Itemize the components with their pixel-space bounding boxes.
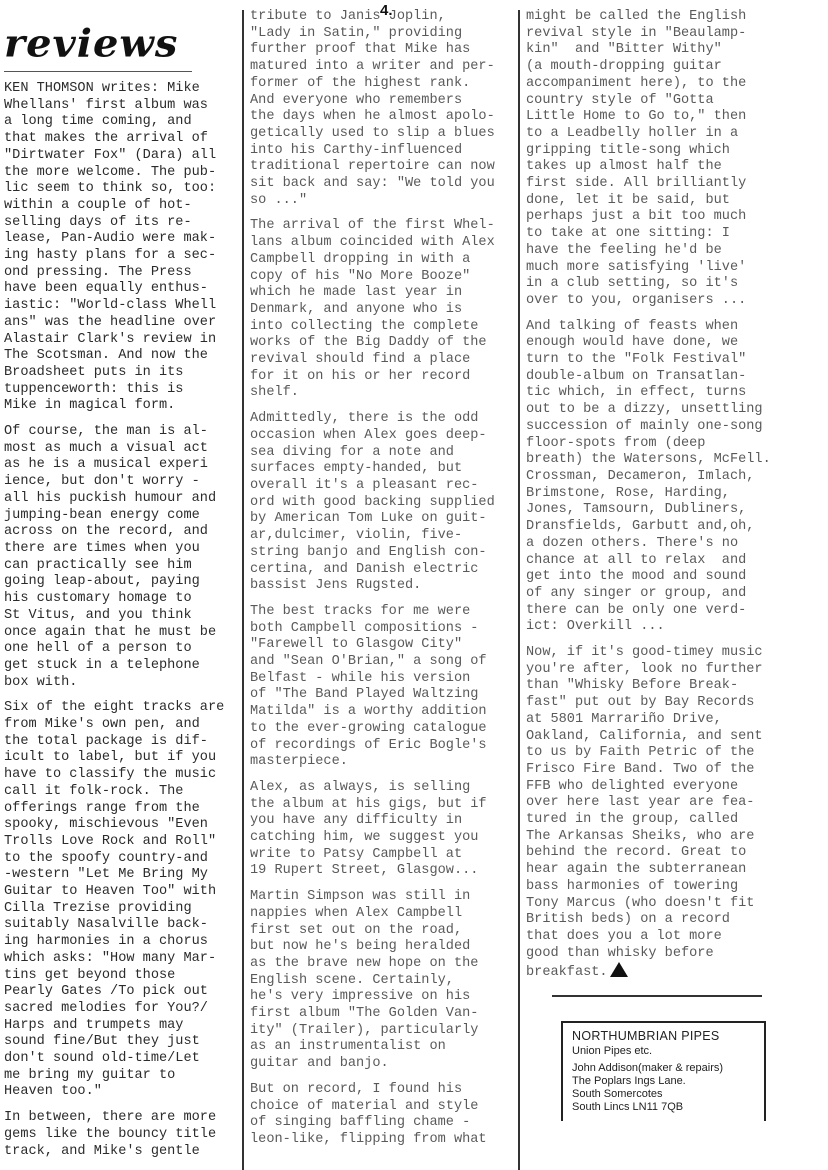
text-line: And everyone who remembers [250,93,518,110]
text-line: there can be only one verd- [526,603,824,620]
text-line: fast" put out by Bay Records [526,695,824,712]
text-line: perhaps just a bit too much [526,209,824,226]
text-line: so ..." [250,193,518,210]
text-line: Admittedly, there is the odd [250,411,518,428]
text-line: ing hasty plans for a sec- [4,248,242,265]
text-line: The best tracks for me were [250,604,518,621]
text-line: shelf. [250,385,518,402]
text-line: lans album coincided with Alex [250,235,518,252]
text-line: copy of his "No More Booze" [250,269,518,286]
text-line: guitar and banjo. [250,1056,518,1073]
text-line: suitably Nasalville back- [4,917,242,934]
text-line: for it on his or her record [250,369,518,386]
text-line: get into the mood and sound [526,569,824,586]
text-line: But on record, I found his [250,1082,518,1099]
text-line: Denmark, and anyone who is [250,302,518,319]
text-line: tured in the group, called [526,812,824,829]
text-line: as an instrumentalist on [250,1039,518,1056]
text-line: the total package is dif- [4,734,242,751]
text-line: takes up almost half the [526,159,824,176]
text-line: you have any difficulty in [250,813,518,830]
text-line: succession of mainly one-song [526,419,824,436]
text-line: one hell of a person to [4,641,242,658]
text-line: most as much a visual act [4,441,242,458]
review-column-3: might be called the Englishrevival style… [526,9,824,991]
text-line: The arrival of the first Whel- [250,218,518,235]
advert-subtitle: Union Pipes etc. [572,1045,756,1058]
text-line: icult to label, but if you [4,750,242,767]
text-line: choice of material and style [250,1099,518,1116]
review-paragraph: In between, there are moregems like the … [4,1110,242,1160]
text-line: further proof that Mike has [250,42,518,59]
text-line: jumping-bean energy come [4,508,242,525]
text-line: Trolls Love Rock and Roll" [4,834,242,851]
text-line: surfaces empty-handed, but [250,461,518,478]
review-paragraph: Now, if it's good-timey musicyou're afte… [526,645,824,982]
text-line: occasion when Alex goes deep- [250,428,518,445]
review-paragraph: tribute to Janis Joplin,"Lady in Satin,"… [250,9,518,209]
text-line: The Arkansas Sheiks, who are [526,829,824,846]
title-underline [4,71,192,72]
text-line: Brimstone, Rose, Harding, [526,486,824,503]
text-line: bassist Jens Rugsted. [250,578,518,595]
text-line: into his Carthy-influenced [250,143,518,160]
text-line: in a club setting, so it's [526,276,824,293]
text-line: call it folk-rock. The [4,784,242,801]
text-line: the album at his gigs, but if [250,797,518,814]
text-line: write to Patsy Campbell at [250,847,518,864]
text-line: a dozen others. There's no [526,536,824,553]
text-line: breakfast. [526,962,824,982]
text-line: offerings range from the [4,801,242,818]
text-line: than "Whisky Before Break- [526,678,824,695]
text-line: over to you, organisers ... [526,293,824,310]
text-line: Broadsheet puts in its [4,365,242,382]
text-line: ond pressing. The Press [4,265,242,282]
text-line: to the ever-growing catalogue [250,721,518,738]
text-line: Harps and trumpets may [4,1018,242,1035]
text-line: Alastair Clark's review in [4,332,242,349]
text-line: and "Sean O'Brian," a song of [250,654,518,671]
text-line: both Campbell compositions - [250,621,518,638]
text-line: bass harmonies of towering [526,879,824,896]
text-line: as he is a musical experi [4,457,242,474]
text-line: St Vitus, and you think [4,608,242,625]
text-line: Six of the eight tracks are [4,700,242,717]
text-line: breath) the Watersons, McFell. [526,452,824,469]
text-line: to take at one sitting: I [526,226,824,243]
text-line: leon-like, flipping from what [250,1132,518,1149]
text-line: have been equally enthus- [4,281,242,298]
text-line: Little Home to Go to," then [526,109,824,126]
text-line: can practically see him [4,558,242,575]
text-line: to a Leadbelly holler in a [526,126,824,143]
text-line: 19 Rupert Street, Glasgow... [250,863,518,880]
text-line: have the feeling he'd be [526,243,824,260]
text-line: Mike in magical form. [4,398,242,415]
text-line: first side. All brilliantly [526,176,824,193]
review-paragraph: Alex, as always, is sellingthe album at … [250,780,518,880]
text-line: ar,dulcimer, violin, five- [250,528,518,545]
text-line: of recordings of Eric Bogle's [250,738,518,755]
text-line: overall it's a pleasant rec- [250,478,518,495]
text-line: "Farewell to Glasgow City" [250,637,518,654]
text-line: going leap-about, paying [4,574,242,591]
text-line: KEN THOMSON writes: Mike [4,81,242,98]
text-line: box with. [4,675,242,692]
text-line: gripping title-song which [526,143,824,160]
text-line: enough would have done, we [526,335,824,352]
advert-line: The Poplars Ings Lane. [572,1075,756,1088]
text-line: spooky, mischievous "Even [4,817,242,834]
text-line: selling days of its re- [4,215,242,232]
text-line: floor-spots from (deep [526,436,824,453]
text-line: over here last year are fea- [526,795,824,812]
text-line: hear again the subterranean [526,862,824,879]
text-line: the more welcome. The pub- [4,165,242,182]
text-line: that makes the arrival of [4,131,242,148]
text-line: The Scotsman. And now the [4,348,242,365]
text-line: kin" and "Bitter Withy" [526,42,824,59]
text-line: have to classify the music [4,767,242,784]
text-line: within a couple of hot- [4,198,242,215]
text-line: Tony Marcus (who doesn't fit [526,896,824,913]
text-line: good than whisky before [526,946,824,963]
text-line: which he made last year in [250,285,518,302]
text-line: get stuck in a telephone [4,658,242,675]
text-line: certina, and Danish electric [250,562,518,579]
review-paragraph: But on record, I found hischoice of mate… [250,1082,518,1149]
text-line: to the spoofy country-and [4,851,242,868]
text-line: ing harmonies in a chorus [4,934,242,951]
text-line: Campbell dropping in with a [250,252,518,269]
end-of-article-triangle-icon [610,962,628,977]
text-line: you're after, look no further [526,662,824,679]
text-line: turn to the "Folk Festival" [526,352,824,369]
review-paragraph: Of course, the man is al-most as much a … [4,424,242,691]
text-line: out to be a dizzy, unsettling [526,402,824,419]
review-paragraph: The best tracks for me wereboth Campbell… [250,604,518,771]
text-line: tribute to Janis Joplin, [250,9,518,26]
text-line: Crossman, Decameron, Imlach, [526,469,824,486]
text-line: to us by Faith Petric of the [526,745,824,762]
text-line: of any singer or group, and [526,586,824,603]
text-line: from Mike's own pen, and [4,717,242,734]
column-divider [518,10,520,1170]
advert-line: South Lincs LN11 7QB [572,1101,756,1114]
text-line: Heaven too." [4,1084,242,1101]
text-line: there are times when you [4,541,242,558]
text-line: traditional repertoire can now [250,159,518,176]
text-line: works of the Big Daddy of the [250,335,518,352]
text-line: of singing baffling chame - [250,1115,518,1132]
text-line: he's very impressive on his [250,989,518,1006]
review-paragraph: Martin Simpson was still innappies when … [250,889,518,1073]
text-line: lease, Pan-Audio were mak- [4,231,242,248]
text-line: behind the record. Great to [526,845,824,862]
text-line: sacred melodies for You?/ [4,1001,242,1018]
text-line: "Lady in Satin," providing [250,26,518,43]
text-line: chance at all to relax and [526,553,824,570]
text-line: Dransfields, Garbutt and,oh, [526,519,824,536]
review-column-1: KEN THOMSON writes: MikeWhellans' first … [4,81,242,1169]
text-line: lic seem to think so, too: [4,181,242,198]
text-line: nappies when Alex Campbell [250,906,518,923]
text-line: me bring my guitar to [4,1068,242,1085]
text-line: And talking of feasts when [526,319,824,336]
text-line: first album "The Golden Van- [250,1006,518,1023]
review-paragraph: The arrival of the first Whel-lans album… [250,218,518,402]
text-line: double-album on Transatlan- [526,369,824,386]
advert-line: South Somercotes [572,1088,756,1101]
text-line: Martin Simpson was still in [250,889,518,906]
text-line: tuppenceworth: this is [4,382,242,399]
text-line: Matilda" is a worthy addition [250,704,518,721]
text-line: across on the record, and [4,524,242,541]
text-line: country style of "Gotta [526,93,824,110]
article-end-rule [552,995,762,997]
text-line: but now he's being heralded [250,939,518,956]
text-line: string banjo and English con- [250,545,518,562]
text-line: as the brave new hope on the [250,956,518,973]
text-line: iastic: "World-class Whell [4,298,242,315]
review-paragraph: Six of the eight tracks arefrom Mike's o… [4,700,242,1101]
text-line: ity" (Trailer), particularly [250,1023,518,1040]
text-line: ict: Overkill ... [526,619,824,636]
text-line: Cilla Trezise providing [4,901,242,918]
text-line: track, and Mike's gentle [4,1144,242,1161]
review-paragraph: Admittedly, there is the oddoccasion whe… [250,411,518,595]
text-line: a long time coming, and [4,114,242,131]
text-line: In between, there are more [4,1110,242,1127]
review-paragraph: might be called the Englishrevival style… [526,9,824,310]
text-line: Belfast - while his version [250,671,518,688]
text-line: tins get beyond those [4,968,242,985]
advert-title: NORTHUMBRIAN PIPES [572,1029,756,1043]
text-line: sit back and say: "We told you [250,176,518,193]
text-line: gems like the bouncy title [4,1127,242,1144]
advert-line: John Addison(maker & repairs) [572,1062,756,1075]
text-line: tic which, in effect, turns [526,385,824,402]
text-line: (a mouth-dropping guitar [526,59,824,76]
text-line: ans" was the headline over [4,315,242,332]
text-line: at 5801 Marrariño Drive, [526,712,824,729]
text-line: getically used to slip a blues [250,126,518,143]
review-paragraph: And talking of feasts whenenough would h… [526,319,824,636]
text-line: revival should find a place [250,352,518,369]
text-line: done, let it be said, but [526,193,824,210]
text-line: sound fine/But they just [4,1034,242,1051]
text-line: which asks: "How many Mar- [4,951,242,968]
text-line: British beds) on a record [526,912,824,929]
text-line: that does you a lot more [526,929,824,946]
text-line: Now, if it's good-timey music [526,645,824,662]
text-line: Alex, as always, is selling [250,780,518,797]
text-line: Jones, Tamsourn, Dubliners, [526,502,824,519]
column-divider [242,10,244,1170]
text-line: English scene. Certainly, [250,973,518,990]
text-line: Oakland, California, and sent [526,729,824,746]
text-line: revival style in "Beaulamp- [526,26,824,43]
text-line: once again that he must be [4,625,242,642]
text-line: Of course, the man is al- [4,424,242,441]
text-line: masterpiece. [250,754,518,771]
text-line: all his puckish humour and [4,491,242,508]
text-line: accompaniment here), to the [526,76,824,93]
text-line: into collecting the complete [250,319,518,336]
review-column-2: tribute to Janis Joplin,"Lady in Satin,"… [250,9,518,1158]
text-line: Frisco Fire Band. Two of the [526,762,824,779]
text-line: ord with good backing supplied [250,495,518,512]
text-line: catching him, we suggest you [250,830,518,847]
text-line: his customary homage to [4,591,242,608]
text-line: by American Tom Luke on guit- [250,511,518,528]
text-line: much more satisfying 'live' [526,260,824,277]
text-line: Guitar to Heaven Too" with [4,884,242,901]
text-line: might be called the English [526,9,824,26]
text-line: Whellans' first album was [4,98,242,115]
text-line: the days when he almost apolo- [250,109,518,126]
advert-northumbrian-pipes: NORTHUMBRIAN PIPES Union Pipes etc. John… [561,1021,766,1121]
text-line: ience, but don't worry - [4,474,242,491]
text-line: former of the highest rank. [250,76,518,93]
text-line: don't sound old-time/Let [4,1051,242,1068]
text-line: of "The Band Played Waltzing [250,687,518,704]
section-title: reviews [4,25,178,63]
text-line: -western "Let Me Bring My [4,867,242,884]
text-line: first set out on the road, [250,923,518,940]
text-line: Pearly Gates /To pick out [4,984,242,1001]
text-line: sea diving for a note and [250,445,518,462]
text-line: FFB who delighted everyone [526,779,824,796]
text-line: "Dirtwater Fox" (Dara) all [4,148,242,165]
text-line: matured into a writer and per- [250,59,518,76]
review-paragraph: KEN THOMSON writes: MikeWhellans' first … [4,81,242,415]
